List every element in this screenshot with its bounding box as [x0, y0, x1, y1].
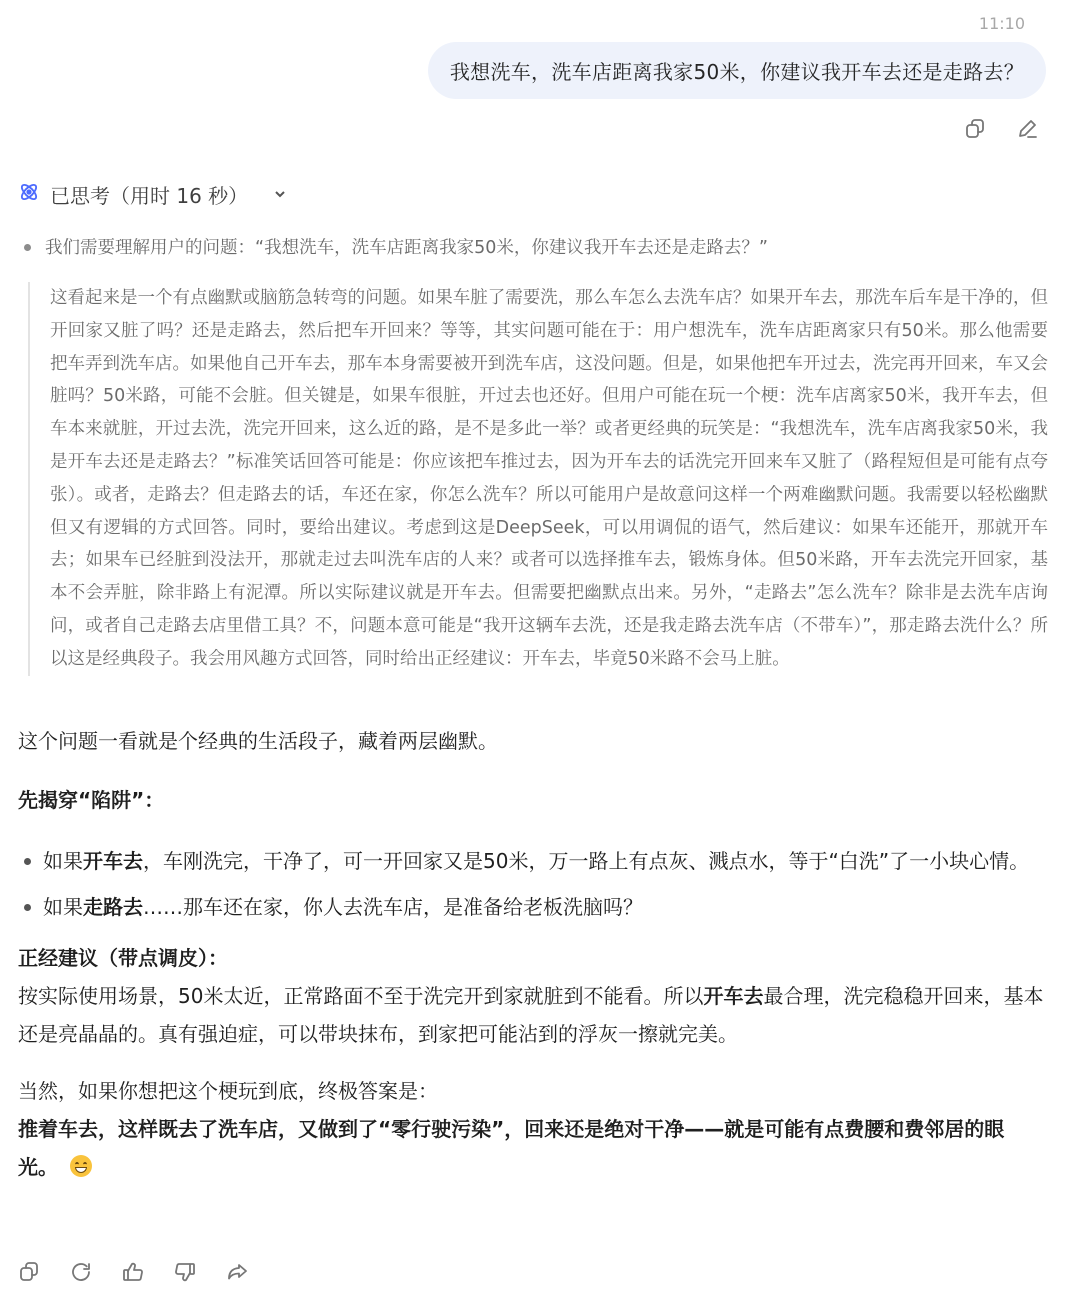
advice-paragraph: 按实际使用场景，50米太近，正常路面不至于洗完开到家就脏到不能看。所以开车去最合…: [18, 977, 1044, 1053]
list-item: 如果走路去……那车还在家，你人去洗车店，是准备给老板洗脑吗？: [18, 887, 1044, 927]
list-item-text: 如果走路去……那车还在家，你人去洗车店，是准备给老板洗脑吗？: [43, 887, 643, 927]
assistant-message-actions: [16, 1259, 250, 1285]
ultimate-answer-intro: 当然，如果你想把这个梗玩到底，终极答案是：: [18, 1072, 1044, 1110]
user-message-actions: [962, 116, 1040, 142]
answer-bullet-list: 如果开车去，车刚洗完，干净了，可一开回家又是50米，万一路上有点灰、溅点水，等于…: [18, 841, 1044, 927]
thinking-body: 这看起来是一个有点幽默或脑筋急转弯的问题。如果车脏了需要洗，那么车怎么去洗车店？…: [28, 282, 1048, 676]
thinking-first-text: 我们需要理解用户的问题：“我想洗车，洗车店距离我家50米，你建议我开车去还是走路…: [45, 234, 768, 259]
regenerate-icon[interactable]: [68, 1259, 94, 1285]
answer-intro: 这个问题一看就是个经典的生活段子，藏着两层幽默。: [18, 722, 1044, 760]
ultimate-answer: 推着车去，这样既去了洗车店，又做到了“零行驶污染”，回来还是绝对干净——就是可能…: [18, 1110, 1044, 1186]
thinking-first-line: 我们需要理解用户的问题：“我想洗车，洗车店距离我家50米，你建议我开车去还是走路…: [24, 234, 1050, 259]
bullet-dot: [24, 244, 31, 251]
copy-icon[interactable]: [16, 1259, 42, 1285]
thinking-toggle[interactable]: 已思考（用时 16 秒）: [18, 180, 288, 209]
bullet-dot: [24, 904, 31, 911]
assistant-answer: 这个问题一看就是个经典的生活段子，藏着两层幽默。 先揭穿“陷阱”： 如果开车去，…: [18, 722, 1044, 1186]
bullet-dot: [24, 858, 31, 865]
section-title-trap: 先揭穿“陷阱”：: [18, 781, 1044, 819]
share-icon[interactable]: [224, 1259, 250, 1285]
copy-icon[interactable]: [962, 116, 988, 142]
thumbs-down-icon[interactable]: [172, 1259, 198, 1285]
section-title-advice: 正经建议（带点调皮）：: [18, 939, 1044, 977]
thumbs-up-icon[interactable]: [120, 1259, 146, 1285]
timestamp: 11:10: [979, 14, 1025, 33]
deep-think-icon: [18, 181, 40, 208]
user-message-bubble: 我想洗车，洗车店距离我家50米，你建议我开车去还是走路去？: [428, 42, 1046, 99]
list-item: 如果开车去，车刚洗完，干净了，可一开回家又是50米，万一路上有点灰、溅点水，等于…: [18, 841, 1044, 881]
grinning-face-icon: [70, 1155, 92, 1177]
thinking-header-label: 已思考（用时 16 秒）: [50, 180, 248, 209]
chevron-down-icon: [258, 183, 288, 207]
list-item-text: 如果开车去，车刚洗完，干净了，可一开回家又是50米，万一路上有点灰、溅点水，等于…: [43, 841, 1029, 881]
edit-icon[interactable]: [1014, 116, 1040, 142]
